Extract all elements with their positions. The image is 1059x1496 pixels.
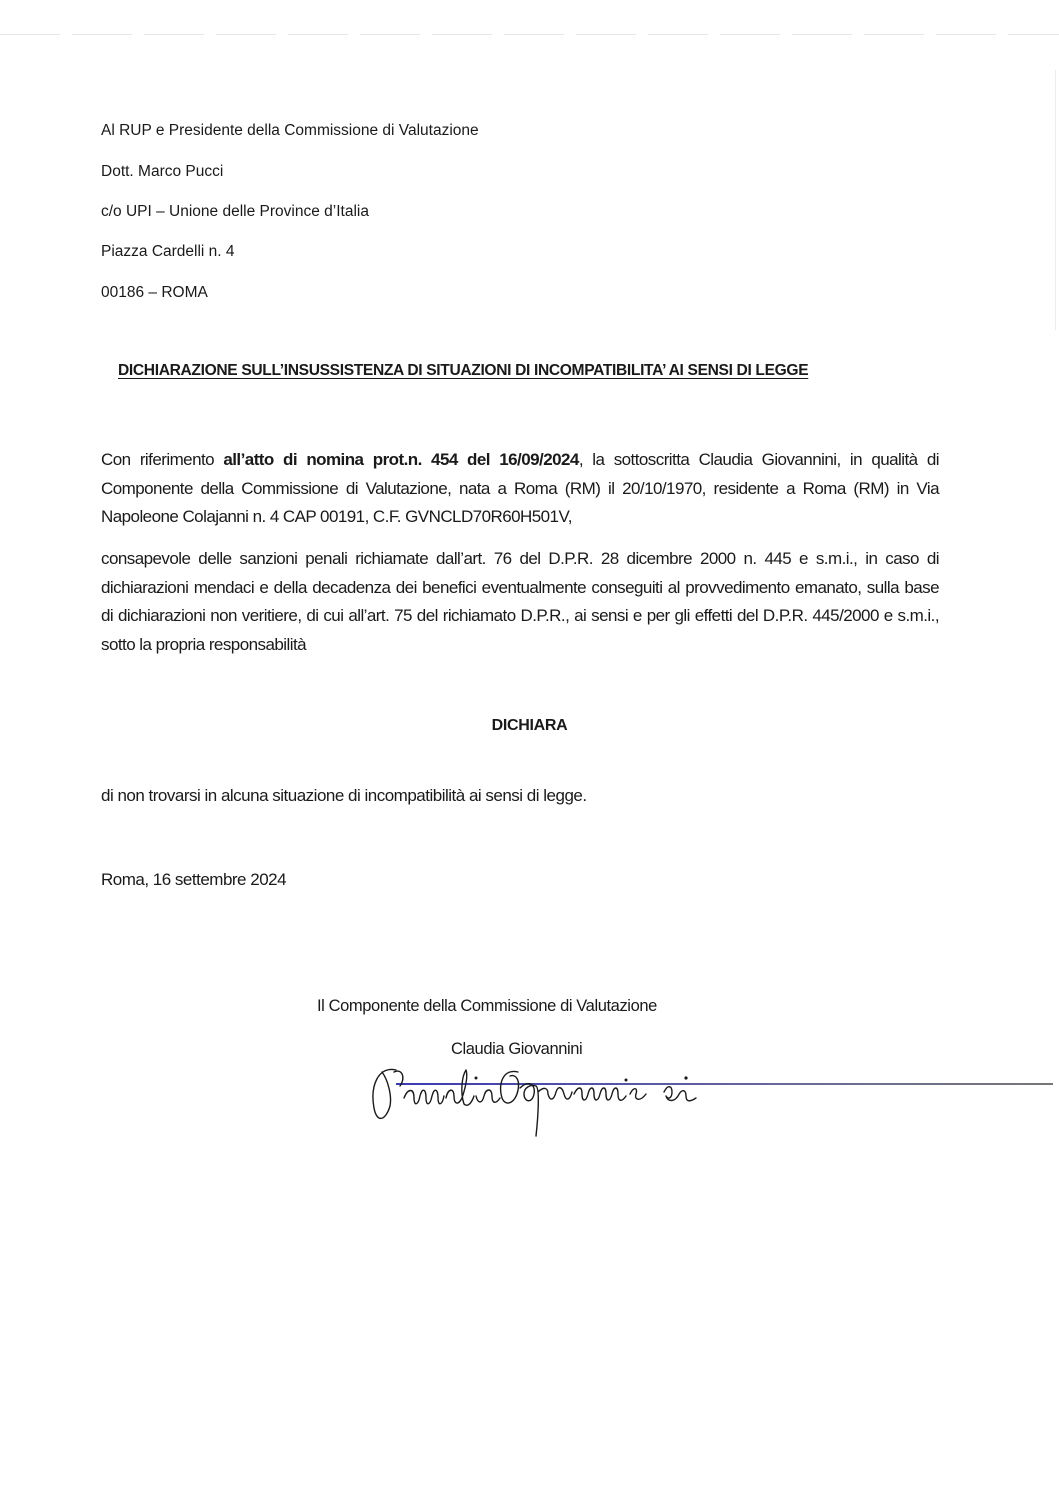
handwritten-signature-icon — [368, 1058, 768, 1148]
recipient-line: Dott. Marco Pucci — [101, 162, 223, 182]
paragraph-prefix: Con riferimento — [101, 450, 223, 469]
recipient-line: Piazza Cardelli n. 4 — [101, 242, 235, 262]
signatory-role: Il Componente della Commissione di Valut… — [317, 997, 657, 1016]
place-date: Roma, 16 settembre 2024 — [101, 870, 286, 890]
document-title: DICHIARAZIONE SULL’INSUSSISTENZA DI SITU… — [118, 362, 948, 380]
declaration-text: di non trovarsi in alcuna situazione di … — [101, 786, 587, 806]
recipient-line: c/o UPI – Unione delle Province d’Italia — [101, 202, 369, 222]
recipient-line: Al RUP e Presidente della Commissione di… — [101, 121, 479, 141]
recipient-line: 00186 – ROMA — [101, 283, 208, 303]
signatory-name: Claudia Giovannini — [451, 1040, 582, 1059]
paragraph-awareness: consapevole delle sanzioni penali richia… — [101, 545, 939, 659]
scan-artifact-edge — [1055, 70, 1056, 330]
declaration-heading: DICHIARA — [0, 717, 1059, 735]
paragraph-reference: Con riferimento all’atto di nomina prot.… — [101, 446, 939, 532]
scan-artifact-line — [0, 34, 1059, 35]
paragraph-bold-reference: all’atto di nomina prot.n. 454 del 16/09… — [223, 450, 578, 469]
